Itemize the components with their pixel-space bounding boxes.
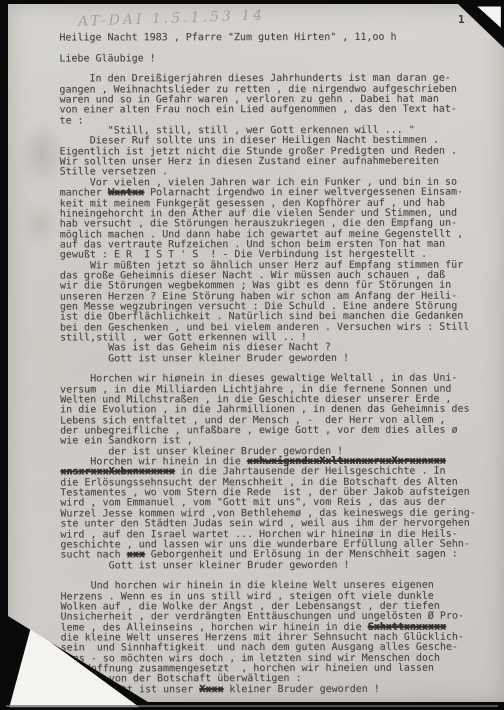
paragraph: Dieser Ruf sollte uns in dieser Heiligen… [60,136,496,178]
typewriter-strikeout: Wxntxx [108,187,144,198]
typewriter-strikeout: Xxxx [199,684,223,695]
scan-bottom-edge [6,705,498,707]
typewriter-strikeout: xxx [127,549,145,560]
text-line: von einer alten Frau noch ein Lied aufge… [59,105,495,116]
text-line: Gott ist unser kleiner Bruder geworden ! [60,560,496,571]
paragraph: Horchen wir hinein in die xxhwxigxndxxXx… [60,457,496,572]
typewriter-strikeout: xnsxrxxxXxbxnxxxxxx [60,467,174,478]
margin-bleedthrough-smudge [22,204,58,244]
paragraph: Wir müßten jetzt so ähnlich unser Herz a… [60,260,496,344]
document-page: AT-DAI 1.5.1.53 14 1 Heilige Nacht 1983 … [8,4,504,702]
text-line: Gott ist unser kleiner Bruder geworden ! [60,353,496,364]
margin-bleedthrough-smudge [20,122,64,186]
paragraph: Und horchen wir hinein in die kleine Wel… [60,581,496,696]
text-line: Gott ist unser Xxxx kleiner Bruder gewor… [61,684,497,695]
handwritten-annotation: AT-DAI 1.5.1.53 14 [78,6,298,30]
paragraph: Vor vielen , vielen Jahren war ich ein F… [60,177,496,261]
document-body: In den Dreißigerjahren dieses Jahrhunder… [59,74,496,696]
paragraph: In den Dreißigerjahren dieses Jahrhunder… [59,74,495,127]
page-number: 1 [458,13,465,26]
paragraph: Was ist das Geheim nis dieser Nacht ? Go… [60,343,496,365]
typewritten-text-block: Heilige Nacht 1983 , Pfarre "Zum guten H… [59,33,496,696]
paragraph: Horchen wir hiønein in dieses gewaltige … [60,374,496,458]
scanned-document-screenshot: { "colors":{"scan_background":"#090909",… [0,0,504,710]
